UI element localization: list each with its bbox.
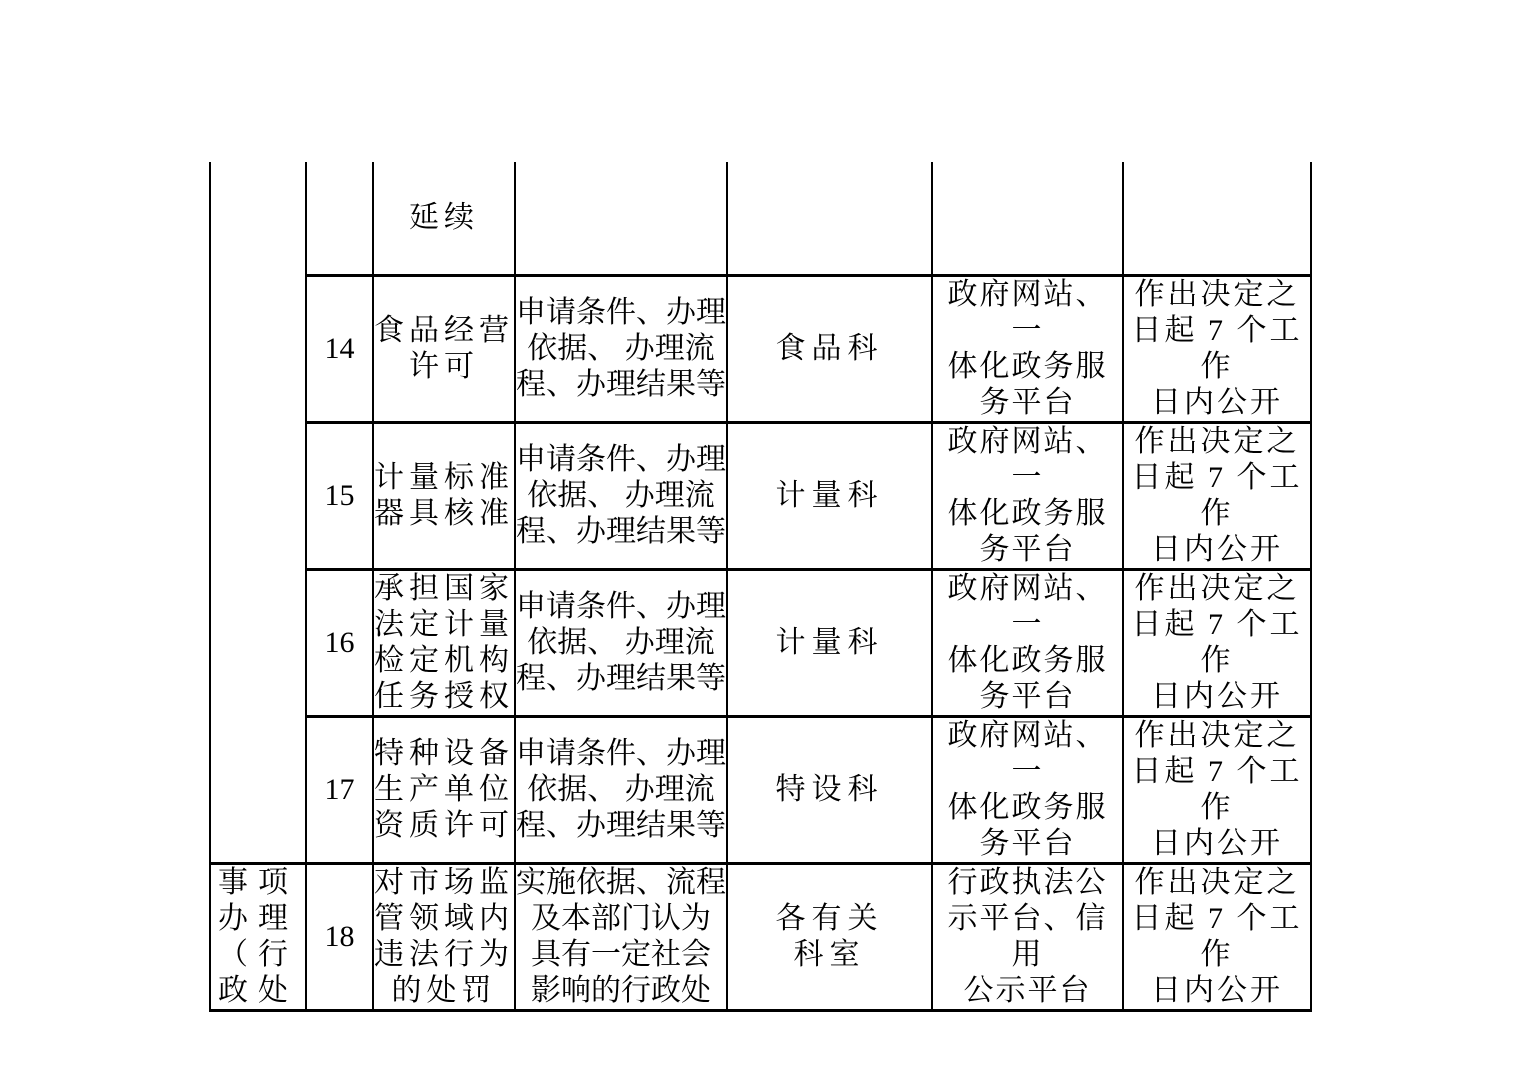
cell-department-empty [727,162,932,276]
cell-department: 计量科 [727,423,932,570]
cell-item-name-continued: 延续 [373,162,515,276]
cell-content: 申请条件、办理 依据、 办理流 程、办理结果等 [515,570,727,717]
cell-item-name: 特种设备 生产单位 资质许可 [373,717,515,864]
cell-item-name: 计量标准 器具核准 [373,423,515,570]
cell-department: 各有关 科室 [727,864,932,1011]
document-page: 延续 14 食品经营 许可 申请条件、办理 依据、 办理流 程、办理结果等 食品… [0,0,1520,1074]
cell-content: 申请条件、办理 依据、 办理流 程、办理结果等 [515,276,727,423]
cell-item-name: 承担国家 法定计量 检定机构 任务授权 [373,570,515,717]
cell-timing: 作出决定之 日起 7 个工作 日内公开 [1123,864,1311,1011]
cell-timing: 作出决定之 日起 7 个工作 日内公开 [1123,717,1311,864]
cell-platform-empty [932,162,1123,276]
cell-item-name: 食品经营 许可 [373,276,515,423]
cell-number: 16 [306,570,373,717]
cell-timing: 作出决定之 日起 7 个工作 日内公开 [1123,423,1311,570]
cell-platform: 行政执法公 示平台、信用 公示平台 [932,864,1123,1011]
cell-platform: 政府网站、一 体化政务服 务平台 [932,276,1123,423]
cell-timing: 作出决定之 日起 7 个工作 日内公开 [1123,276,1311,423]
cell-content: 申请条件、办理 依据、 办理流 程、办理结果等 [515,423,727,570]
table-row-14: 14 食品经营 许可 申请条件、办理 依据、 办理流 程、办理结果等 食品科 政… [210,276,1311,423]
table-row-17: 17 特种设备 生产单位 资质许可 申请条件、办理 依据、 办理流 程、办理结果… [210,717,1311,864]
cell-department: 食品科 [727,276,932,423]
cell-number: 18 [306,864,373,1011]
table-row-16: 16 承担国家 法定计量 检定机构 任务授权 申请条件、办理 依据、 办理流 程… [210,570,1311,717]
cell-item-name: 对市场监 管领域内 违法行为 的处罚 [373,864,515,1011]
cell-content: 实施依据、流程 及本部门认为 具有一定社会 影响的行政处 [515,864,727,1011]
cell-content: 申请条件、办理 依据、 办理流 程、办理结果等 [515,717,727,864]
cell-content-empty [515,162,727,276]
cell-department: 计量科 [727,570,932,717]
cell-platform: 政府网站、一 体化政务服 务平台 [932,570,1123,717]
cell-timing: 作出决定之 日起 7 个工作 日内公开 [1123,570,1311,717]
table-row-15: 15 计量标准 器具核准 申请条件、办理 依据、 办理流 程、办理结果等 计量科… [210,423,1311,570]
cell-number: 15 [306,423,373,570]
cell-department: 特设科 [727,717,932,864]
cell-category-empty [210,162,306,864]
cell-platform: 政府网站、一 体化政务服 务平台 [932,717,1123,864]
cell-category: 事项 办理 （行 政处 [210,864,306,1011]
cell-platform: 政府网站、一 体化政务服 务平台 [932,423,1123,570]
cell-timing-empty [1123,162,1311,276]
cell-number-empty [306,162,373,276]
cell-number: 14 [306,276,373,423]
table-row-18: 事项 办理 （行 政处 18 对市场监 管领域内 违法行为 的处罚 实施依据、流… [210,864,1311,1011]
disclosure-table: 延续 14 食品经营 许可 申请条件、办理 依据、 办理流 程、办理结果等 食品… [209,162,1312,1012]
table-row-continuation: 延续 [210,162,1311,276]
cell-number: 17 [306,717,373,864]
